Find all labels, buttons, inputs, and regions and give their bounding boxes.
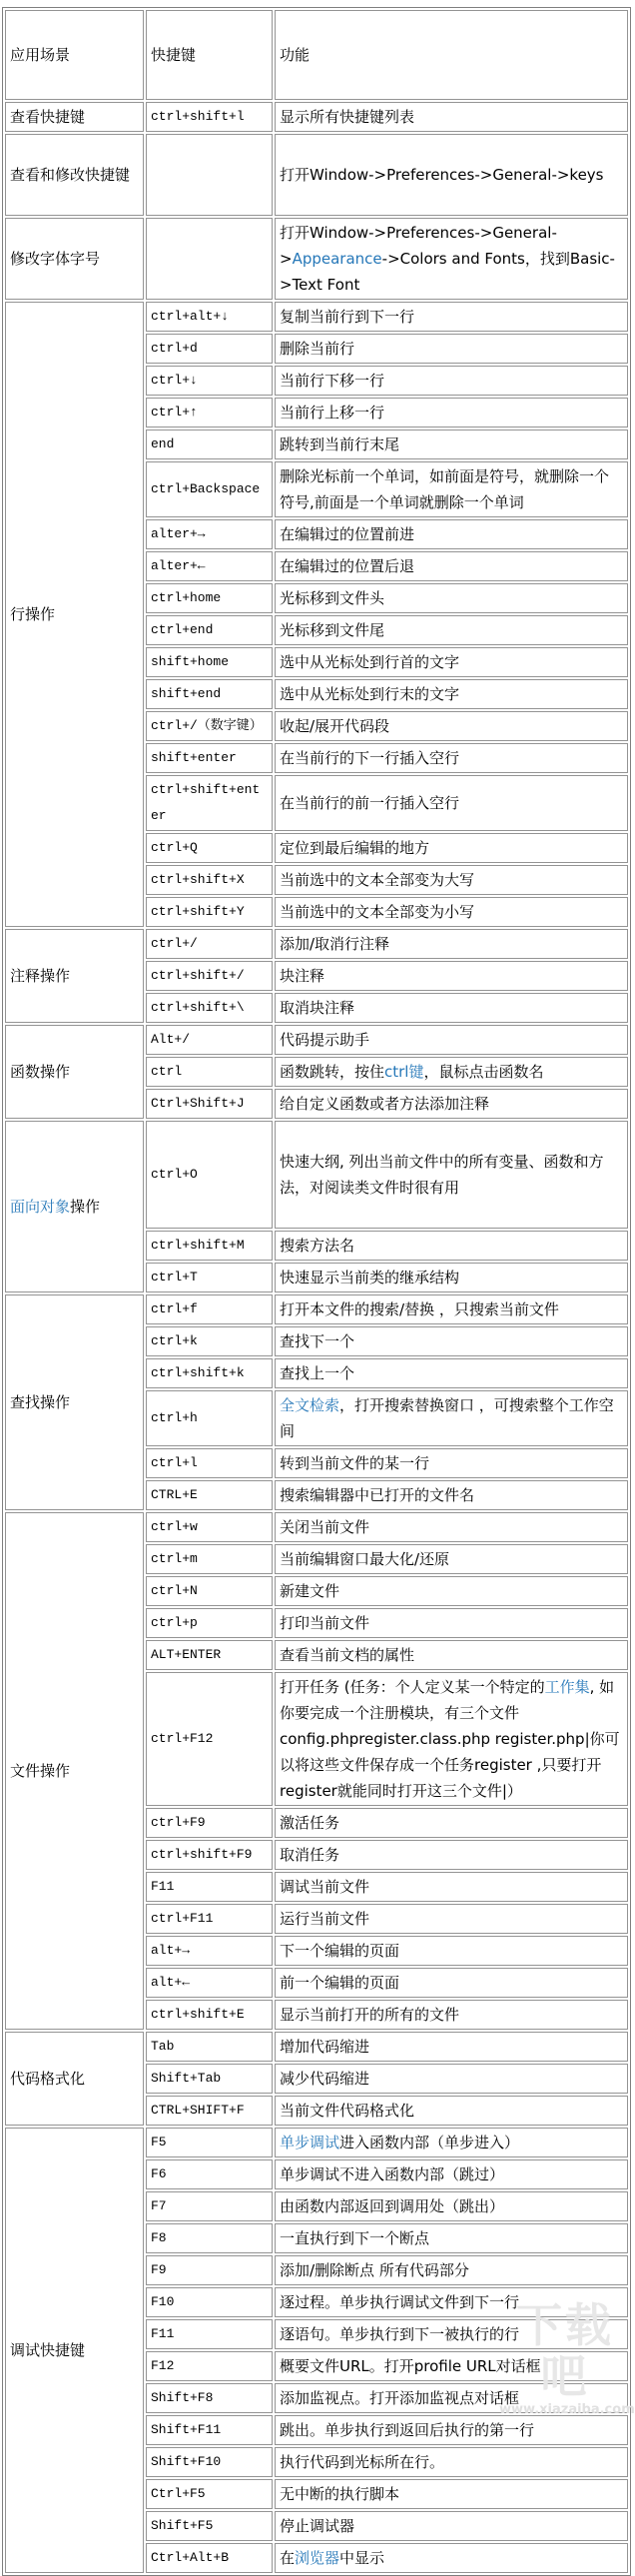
function-desc-cell: 定位到最后编辑的地方 <box>275 833 628 863</box>
shortcut-key-cell: F6 <box>146 2159 273 2189</box>
shortcut-key-cell: Ctrl+Shift+J <box>146 1089 273 1119</box>
function-desc-cell: 打开Window->Preferences->General->keys <box>275 134 628 216</box>
shortcut-key-cell <box>146 134 273 216</box>
shortcut-key-cell: alter+→ <box>146 519 273 549</box>
text-segment: 添加/取消行注释 <box>280 935 389 953</box>
shortcut-key-cell: alter+← <box>146 551 273 581</box>
shortcut-key-cell: ctrl+f <box>146 1294 273 1324</box>
shortcut-key-cell: Shift+Tab <box>146 2064 273 2094</box>
function-desc-cell: 选中从光标处到行末的文字 <box>275 679 628 709</box>
function-desc-cell: 无中断的执行脚本 <box>275 2479 628 2509</box>
shortcut-key-cell: Shift+F5 <box>146 2511 273 2541</box>
function-desc-cell: 块注释 <box>275 961 628 991</box>
shortcut-key-cell: ctrl+Backspace <box>146 461 273 517</box>
text-segment: 概要文件URL。打开profile URL对话框 <box>280 2357 541 2375</box>
shortcut-key-cell: alt+→ <box>146 1936 273 1966</box>
function-desc-cell: 打开任务 (任务：个人定义某一个特定的工作集, 如你要完成一个注册模块，有三个文… <box>275 1672 628 1806</box>
shortcut-key-cell: Ctrl+Alt+B <box>146 2543 273 2573</box>
text-segment: 查看和修改快捷键 <box>10 166 130 184</box>
function-desc-cell: 当前选中的文本全部变为小写 <box>275 897 628 927</box>
table-row: 注释操作ctrl+/添加/取消行注释 <box>5 929 628 959</box>
function-desc-cell: 函数跳转，按住ctrl键，鼠标点击函数名 <box>275 1057 628 1087</box>
table-row: 修改字体字号打开Window->Preferences->General->Ap… <box>5 218 628 300</box>
text-segment: 执行代码到光标所在行。 <box>280 2453 444 2471</box>
text-segment: 操作 <box>70 1198 100 1216</box>
shortcut-key-cell: ctrl+F9 <box>146 1808 273 1838</box>
text-segment: 快速大纲, 列出当前文件中的所有变量、函数和方法，对阅读类文件时很有用 <box>280 1153 604 1197</box>
text-segment: 在当前行的前一行插入空行 <box>280 794 459 812</box>
shortcuts-table: 应用场景 快捷键 功能 查看快捷键ctrl+shift+l显示所有快捷键列表查看… <box>2 7 631 2576</box>
function-desc-cell: 由函数内部返回到调用处（跳出） <box>275 2191 628 2221</box>
text-segment: 跳转到当前行末尾 <box>280 435 399 453</box>
function-desc-cell: 全文检索，打开搜索替换窗口 ，可搜索整个工作空间 <box>275 1390 628 1446</box>
function-desc-cell: 打印当前文件 <box>275 1608 628 1638</box>
text-segment: 显示当前打开的所有的文件 <box>280 2006 459 2024</box>
text-segment: 在编辑过的位置前进 <box>280 525 414 543</box>
text-segment: 搜索编辑器中已打开的文件名 <box>280 1486 474 1504</box>
text-segment: ，鼠标点击函数名 <box>423 1063 543 1081</box>
text-segment: 打开本文件的搜索/替换 ，只搜索当前文件 <box>280 1300 559 1318</box>
text-segment: 给自定义函数或者方法添加注释 <box>280 1095 489 1113</box>
shortcut-key-cell: ctrl+shift+X <box>146 865 273 895</box>
function-desc-cell: 显示当前打开的所有的文件 <box>275 2000 628 2030</box>
function-desc-cell: 添加/取消行注释 <box>275 929 628 959</box>
text-segment: 打开Window->Preferences->General->keys <box>280 166 604 184</box>
scene-cell: 注释操作 <box>5 929 144 1023</box>
shortcut-key-cell: shift+end <box>146 679 273 709</box>
scene-cell: 调试快捷键 <box>5 2128 144 2573</box>
function-desc-cell: 打开本文件的搜索/替换 ，只搜索当前文件 <box>275 1294 628 1324</box>
text-segment: 搜索方法名 <box>280 1237 354 1255</box>
col-header-function: 功能 <box>275 10 628 100</box>
text-segment: 添加监视点。打开添加监视点对话框 <box>280 2389 519 2407</box>
text-segment: 减少代码缩进 <box>280 2070 369 2088</box>
function-desc-cell: 查找下一个 <box>275 1326 628 1356</box>
shortcut-key-cell: F11 <box>146 1872 273 1902</box>
text-segment: 当前文件代码格式化 <box>280 2102 414 2120</box>
text-segment: 运行当前文件 <box>280 1910 369 1928</box>
text-segment: 打印当前文件 <box>280 1614 369 1632</box>
text-segment: 停止调试器 <box>280 2517 354 2535</box>
shortcut-key-cell: Shift+F8 <box>146 2383 273 2413</box>
function-desc-cell: 在当前行的下一行插入空行 <box>275 743 628 773</box>
text-segment: 光标移到文件头 <box>280 589 384 607</box>
function-desc-cell: 快速显示当前类的继承结构 <box>275 1263 628 1292</box>
text-segment: 修改字体字号 <box>10 250 100 268</box>
function-desc-cell: 停止调试器 <box>275 2511 628 2541</box>
header-row: 应用场景 快捷键 功能 <box>5 10 628 100</box>
function-desc-cell: 减少代码缩进 <box>275 2064 628 2094</box>
function-desc-cell: 激活任务 <box>275 1808 628 1838</box>
inline-link[interactable]: 浏览器 <box>295 2549 339 2567</box>
function-desc-cell: 当前行下移一行 <box>275 366 628 396</box>
function-desc-cell: 增加代码缩进 <box>275 2032 628 2062</box>
text-segment: 函数跳转，按住 <box>280 1063 384 1081</box>
shortcut-key-cell: F8 <box>146 2223 273 2253</box>
shortcut-key-cell: ctrl+O <box>146 1121 273 1229</box>
shortcut-key-cell: ctrl+shift+\ <box>146 993 273 1023</box>
function-desc-cell: 当前编辑窗口最大化/还原 <box>275 1544 628 1574</box>
function-desc-cell: 显示所有快捷键列表 <box>275 102 628 132</box>
function-desc-cell: 代码提示助手 <box>275 1025 628 1055</box>
text-segment: 调试当前文件 <box>280 1878 369 1896</box>
table-row: 面向对象操作ctrl+O快速大纲, 列出当前文件中的所有变量、函数和方法，对阅读… <box>5 1121 628 1229</box>
function-desc-cell: 光标移到文件尾 <box>275 615 628 645</box>
text-segment: 逐语句。单步执行到下一被执行的行 <box>280 2325 519 2343</box>
text-segment: 转到当前文件的某一行 <box>280 1454 429 1472</box>
function-desc-cell: 跳出。单步执行到返回后执行的第一行 <box>275 2415 628 2445</box>
shortcut-key-cell: Alt+/ <box>146 1025 273 1055</box>
shortcut-key-cell: Ctrl+F5 <box>146 2479 273 2509</box>
shortcut-key-cell: ctrl+shift+/ <box>146 961 273 991</box>
text-segment: 注释操作 <box>10 967 70 985</box>
shortcut-key-cell: ctrl+F11 <box>146 1904 273 1934</box>
inline-link[interactable]: Appearance <box>293 250 382 268</box>
inline-link[interactable]: 单步调试 <box>280 2134 339 2151</box>
text-segment: 当前选中的文本全部变为大写 <box>280 871 474 889</box>
shortcut-key-cell: ctrl+F12 <box>146 1672 273 1806</box>
text-segment: 查看当前文档的属性 <box>280 1646 414 1664</box>
scene-cell: 文件操作 <box>5 1512 144 2030</box>
function-desc-cell: 删除当前行 <box>275 334 628 364</box>
function-desc-cell: 新建文件 <box>275 1576 628 1606</box>
shortcut-key-cell: CTRL+E <box>146 1480 273 1510</box>
shortcut-key-cell: ctrl+shift+E <box>146 2000 273 2030</box>
function-desc-cell: 运行当前文件 <box>275 1904 628 1934</box>
inline-link[interactable]: 面向对象 <box>10 1198 70 1216</box>
table-row: 函数操作Alt+/代码提示助手 <box>5 1025 628 1055</box>
function-desc-cell: 搜索编辑器中已打开的文件名 <box>275 1480 628 1510</box>
shortcut-key-cell: ctrl+shift+M <box>146 1231 273 1261</box>
inline-link[interactable]: 全文检索 <box>280 1396 339 1414</box>
shortcut-key-cell: ctrl+shift+F9 <box>146 1840 273 1870</box>
function-desc-cell: 在编辑过的位置后退 <box>275 551 628 581</box>
function-desc-cell: 收起/展开代码段 <box>275 711 628 741</box>
shortcut-key-cell: ctrl+home <box>146 583 273 613</box>
text-segment: 选中从光标处到行末的文字 <box>280 685 459 703</box>
shortcut-key-cell: F9 <box>146 2255 273 2285</box>
text-segment: 新建文件 <box>280 1582 339 1600</box>
shortcut-key-cell: ctrl+↑ <box>146 398 273 428</box>
text-segment: 快速显示当前类的继承结构 <box>280 1269 459 1287</box>
shortcut-key-cell: end <box>146 429 273 459</box>
shortcut-key-cell: ctrl+p <box>146 1608 273 1638</box>
shortcut-key-cell: ctrl+alt+↓ <box>146 302 273 332</box>
text-segment: 收起/展开代码段 <box>280 717 389 735</box>
function-desc-cell: 在浏览器中显示 <box>275 2543 628 2573</box>
shortcut-key-cell: Shift+F11 <box>146 2415 273 2445</box>
text-segment: 代码格式化 <box>10 2070 85 2088</box>
scene-cell: 行操作 <box>5 302 144 927</box>
text-segment: 当前行上移一行 <box>280 404 384 422</box>
shortcut-key-cell: ctrl+T <box>146 1263 273 1292</box>
scene-cell: 修改字体字号 <box>5 218 144 300</box>
function-desc-cell: 转到当前文件的某一行 <box>275 1448 628 1478</box>
function-desc-cell: 给自定义函数或者方法添加注释 <box>275 1089 628 1119</box>
scene-cell: 代码格式化 <box>5 2032 144 2126</box>
function-desc-cell: 下一个编辑的页面 <box>275 1936 628 1966</box>
text-segment: 单步调试不进入函数内部（跳过） <box>280 2165 504 2183</box>
scene-cell: 面向对象操作 <box>5 1121 144 1292</box>
text-segment: 调试快捷键 <box>10 2341 85 2359</box>
text-segment: 块注释 <box>280 967 324 985</box>
text-segment: 选中从光标处到行首的文字 <box>280 653 459 671</box>
function-desc-cell: 单步调试进入函数内部（单步进入） <box>275 2128 628 2157</box>
col-header-shortcut: 快捷键 <box>146 10 273 100</box>
scene-cell: 查看和修改快捷键 <box>5 134 144 216</box>
text-segment: 查找下一个 <box>280 1332 354 1350</box>
text-segment: 中显示 <box>339 2549 384 2567</box>
function-desc-cell: 当前选中的文本全部变为大写 <box>275 865 628 895</box>
function-desc-cell: 查找上一个 <box>275 1358 628 1388</box>
shortcut-key-cell: shift+enter <box>146 743 273 773</box>
text-segment: 删除当前行 <box>280 340 354 358</box>
function-desc-cell: 快速大纲, 列出当前文件中的所有变量、函数和方法，对阅读类文件时很有用 <box>275 1121 628 1229</box>
inline-link[interactable]: ctrl键 <box>384 1063 423 1081</box>
text-segment: 行操作 <box>10 605 55 623</box>
function-desc-cell: 当前行上移一行 <box>275 398 628 428</box>
inline-link[interactable]: 工作集 <box>545 1678 590 1696</box>
shortcut-key-cell: ctrl+/ <box>146 929 273 959</box>
text-segment: 下一个编辑的页面 <box>280 1942 399 1960</box>
function-desc-cell: 在编辑过的位置前进 <box>275 519 628 549</box>
shortcut-key-cell: ctrl+h <box>146 1390 273 1446</box>
table-row: 代码格式化Tab增加代码缩进 <box>5 2032 628 2062</box>
function-desc-cell: 复制当前行到下一行 <box>275 302 628 332</box>
shortcut-key-cell: Shift+F10 <box>146 2447 273 2477</box>
text-segment: 查找操作 <box>10 1393 70 1411</box>
scene-cell: 查找操作 <box>5 1294 144 1510</box>
table-row: 行操作ctrl+alt+↓复制当前行到下一行 <box>5 302 628 332</box>
text-segment: 当前行下移一行 <box>280 372 384 390</box>
table-row: 查找操作ctrl+f打开本文件的搜索/替换 ，只搜索当前文件 <box>5 1294 628 1324</box>
text-segment: 激活任务 <box>280 1814 339 1832</box>
text-segment: 由函数内部返回到调用处（跳出） <box>280 2197 504 2215</box>
shortcut-key-cell: Tab <box>146 2032 273 2062</box>
shortcut-key-cell: ALT+ENTER <box>146 1640 273 1670</box>
text-segment: 无中断的执行脚本 <box>280 2485 399 2503</box>
text-segment: 前一个编辑的页面 <box>280 1974 399 1992</box>
function-desc-cell: 调试当前文件 <box>275 1872 628 1902</box>
shortcut-key-cell: F11 <box>146 2319 273 2349</box>
shortcut-key-cell: ctrl+Q <box>146 833 273 863</box>
text-segment: 一直执行到下一个断点 <box>280 2229 429 2247</box>
shortcut-key-cell: ctrl+↓ <box>146 366 273 396</box>
table-row: 调试快捷键F5单步调试进入函数内部（单步进入） <box>5 2128 628 2157</box>
text-segment: 光标移到文件尾 <box>280 621 384 639</box>
function-desc-cell: 在当前行的前一行插入空行 <box>275 775 628 831</box>
text-segment: 增加代码缩进 <box>280 2038 369 2056</box>
text-segment: 当前编辑窗口最大化/还原 <box>280 1550 449 1568</box>
shortcut-key-cell <box>146 218 273 300</box>
shortcut-key-cell: ctrl+m <box>146 1544 273 1574</box>
text-segment: 文件操作 <box>10 1762 70 1780</box>
function-desc-cell: 关闭当前文件 <box>275 1512 628 1542</box>
function-desc-cell: 跳转到当前行末尾 <box>275 429 628 459</box>
table-row: 查看快捷键ctrl+shift+l显示所有快捷键列表 <box>5 102 628 132</box>
shortcut-key-cell: ctrl+d <box>146 334 273 364</box>
text-segment: 查看快捷键 <box>10 108 85 126</box>
function-desc-cell: 选中从光标处到行首的文字 <box>275 647 628 677</box>
text-segment: 查找上一个 <box>280 1364 354 1382</box>
shortcut-key-cell: ctrl+/（数字键） <box>146 711 273 741</box>
text-segment: 复制当前行到下一行 <box>280 308 414 326</box>
shortcut-key-cell: ctrl+N <box>146 1576 273 1606</box>
text-segment: 在当前行的下一行插入空行 <box>280 749 459 767</box>
shortcut-key-cell: F12 <box>146 2351 273 2381</box>
shortcut-key-cell: alt+← <box>146 1968 273 1998</box>
scene-cell: 查看快捷键 <box>5 102 144 132</box>
scene-cell: 函数操作 <box>5 1025 144 1119</box>
function-desc-cell: 查看当前文档的属性 <box>275 1640 628 1670</box>
function-desc-cell: 打开Window->Preferences->General->Appearan… <box>275 218 628 300</box>
function-desc-cell: 单步调试不进入函数内部（跳过） <box>275 2159 628 2189</box>
text-segment: , 如你要完成一个注册模块，有三个文件config.phpregister.cl… <box>280 1678 620 1800</box>
function-desc-cell: 执行代码到光标所在行。 <box>275 2447 628 2477</box>
text-segment: 逐过程。单步执行调试文件到下一行 <box>280 2293 519 2311</box>
shortcut-key-cell: ctrl+shift+k <box>146 1358 273 1388</box>
text-segment: 定位到最后编辑的地方 <box>280 839 429 857</box>
shortcut-key-cell: ctrl+end <box>146 615 273 645</box>
text-segment: 删除光标前一个单词，如前面是符号，就删除一个符号,前面是一个单词就删除一个单词 <box>280 467 609 511</box>
function-desc-cell: 概要文件URL。打开profile URL对话框 <box>275 2351 628 2381</box>
function-desc-cell: 逐语句。单步执行到下一被执行的行 <box>275 2319 628 2349</box>
shortcut-key-cell: CTRL+SHIFT+F <box>146 2096 273 2126</box>
shortcut-key-cell: ctrl+l <box>146 1448 273 1478</box>
text-segment: 打开任务 (任务：个人定义某一个特定的 <box>280 1678 545 1696</box>
text-segment: 函数操作 <box>10 1063 70 1081</box>
shortcuts-table-body: 查看快捷键ctrl+shift+l显示所有快捷键列表查看和修改快捷键打开Wind… <box>5 102 628 2573</box>
text-segment: 在编辑过的位置后退 <box>280 557 414 575</box>
shortcut-key-cell: F5 <box>146 2128 273 2157</box>
col-header-scene: 应用场景 <box>5 10 144 100</box>
function-desc-cell: 光标移到文件头 <box>275 583 628 613</box>
shortcut-key-cell: ctrl <box>146 1057 273 1087</box>
function-desc-cell: 前一个编辑的页面 <box>275 1968 628 1998</box>
function-desc-cell: 取消任务 <box>275 1840 628 1870</box>
function-desc-cell: 当前文件代码格式化 <box>275 2096 628 2126</box>
function-desc-cell: 添加监视点。打开添加监视点对话框 <box>275 2383 628 2413</box>
shortcut-key-cell: F7 <box>146 2191 273 2221</box>
page: { "colors": { "link_blue": "#2577b8", "b… <box>0 7 635 2576</box>
shortcut-key-cell: ctrl+shift+enter <box>146 775 273 831</box>
shortcut-key-cell: ctrl+shift+l <box>146 102 273 132</box>
function-desc-cell: 添加/删除断点 所有代码部分 <box>275 2255 628 2285</box>
text-segment: 跳出。单步执行到返回后执行的第一行 <box>280 2421 534 2439</box>
text-segment: 取消任务 <box>280 1846 339 1864</box>
function-desc-cell: 取消块注释 <box>275 993 628 1023</box>
table-row: 文件操作ctrl+w关闭当前文件 <box>5 1512 628 1542</box>
shortcut-key-cell: F10 <box>146 2287 273 2317</box>
text-segment: 显示所有快捷键列表 <box>280 108 414 126</box>
shortcut-key-cell: shift+home <box>146 647 273 677</box>
function-desc-cell: 删除光标前一个单词，如前面是符号，就删除一个符号,前面是一个单词就删除一个单词 <box>275 461 628 517</box>
text-segment: 代码提示助手 <box>280 1031 369 1049</box>
text-segment: 取消块注释 <box>280 999 354 1017</box>
text-segment: 添加/删除断点 所有代码部分 <box>280 2261 469 2279</box>
table-row: 查看和修改快捷键打开Window->Preferences->General->… <box>5 134 628 216</box>
function-desc-cell: 一直执行到下一个断点 <box>275 2223 628 2253</box>
shortcut-key-cell: ctrl+w <box>146 1512 273 1542</box>
function-desc-cell: 逐过程。单步执行调试文件到下一行 <box>275 2287 628 2317</box>
text-segment: 进入函数内部（单步进入） <box>339 2134 519 2151</box>
text-segment: 当前选中的文本全部变为小写 <box>280 903 474 921</box>
shortcut-key-cell: ctrl+shift+Y <box>146 897 273 927</box>
shortcut-key-cell: ctrl+k <box>146 1326 273 1356</box>
function-desc-cell: 搜索方法名 <box>275 1231 628 1261</box>
text-segment: 在 <box>280 2549 295 2567</box>
text-segment: 关闭当前文件 <box>280 1518 369 1536</box>
